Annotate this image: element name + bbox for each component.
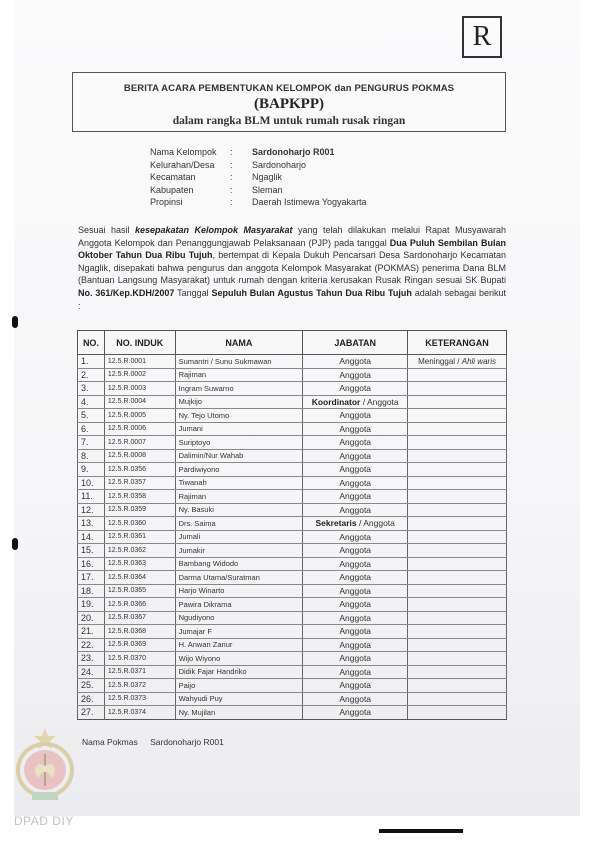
- jabatan-text: Anggota: [339, 370, 371, 380]
- cell-no-induk: 12.5.R.0361: [104, 530, 175, 544]
- jabatan-text: Anggota: [339, 532, 371, 542]
- cell-keterangan: [408, 436, 507, 450]
- table-row: 10.12.5.R.0357TiwanahAnggota: [78, 476, 507, 490]
- info-row: Kelurahan/Desa:Sardonoharjo: [150, 159, 367, 172]
- cell-jabatan: Anggota: [303, 368, 408, 382]
- table-row: 20.12.5.R.0367NgudiyonoAnggota: [78, 611, 507, 625]
- info-colon: :: [230, 159, 252, 172]
- cell-keterangan: [408, 409, 507, 423]
- cell-no: 2.: [78, 368, 105, 382]
- cell-keterangan: [408, 476, 507, 490]
- info-value: Sleman: [252, 184, 283, 197]
- cell-no-induk: 12.5.R.0357: [104, 476, 175, 490]
- info-value: Ngaglik: [252, 171, 282, 184]
- cell-no: 9.: [78, 463, 105, 477]
- cell-keterangan: [408, 679, 507, 693]
- info-label: Propinsi: [150, 196, 230, 209]
- table-row: 11.12.5.R.0358RajimanAnggota: [78, 490, 507, 504]
- jabatan-text: Anggota: [339, 707, 371, 717]
- table-row: 14.12.5.R.0361JumaliAnggota: [78, 530, 507, 544]
- cell-no-induk: 12.5.R.0363: [104, 557, 175, 571]
- cell-no-induk: 12.5.R.0366: [104, 598, 175, 612]
- cell-keterangan: [408, 449, 507, 463]
- cell-no-induk: 12.5.R.0359: [104, 503, 175, 517]
- jabatan-text: Anggota: [339, 586, 371, 596]
- jabatan-text: / Anggota: [360, 397, 398, 407]
- keterangan-italic: Ahli waris: [462, 357, 496, 366]
- cell-no: 20.: [78, 611, 105, 625]
- cell-jabatan: Anggota: [303, 355, 408, 369]
- table-row: 3.12.5.R.0003Ingram SuwarnoAnggota: [78, 382, 507, 396]
- cell-jabatan: Anggota: [303, 463, 408, 477]
- jabatan-role: Sekretaris: [315, 518, 356, 528]
- cell-keterangan: [408, 503, 507, 517]
- footer-pokmas: Nama Pokmas Sardonoharjo R001: [82, 737, 224, 747]
- cell-jabatan: Anggota: [303, 611, 408, 625]
- cell-jabatan: Anggota: [303, 382, 408, 396]
- table-row: 6.12.5.R.0006JumaniAnggota: [78, 422, 507, 436]
- cell-nama: Jumakir: [175, 544, 303, 558]
- paragraph-text: Sesuai hasil: [78, 225, 135, 235]
- document-subtitle: dalam rangka BLM untuk rumah rusak ringa…: [73, 115, 505, 127]
- table-row: 8.12.5.R.0008Dalimin/Nur WahabAnggota: [78, 449, 507, 463]
- cell-nama: Ingram Suwarno: [175, 382, 303, 396]
- info-value: Sardonoharjo: [252, 159, 306, 172]
- intro-paragraph: Sesuai hasil kesepakatan Kelompok Masyar…: [78, 224, 506, 312]
- jabatan-text: Anggota: [339, 613, 371, 623]
- cell-jabatan: Anggota: [303, 584, 408, 598]
- cell-no: 18.: [78, 584, 105, 598]
- cell-keterangan: [408, 638, 507, 652]
- cell-no: 19.: [78, 598, 105, 612]
- cell-nama: H. Anwan Zanur: [175, 638, 303, 652]
- province-emblem-watermark: [14, 726, 76, 804]
- cell-nama: Wijo Wiyono: [175, 652, 303, 666]
- cell-jabatan: Anggota: [303, 490, 408, 504]
- jabatan-text: Anggota: [339, 356, 371, 366]
- cell-keterangan: [408, 665, 507, 679]
- paragraph-emphasis: kesepakatan Kelompok Masyarakat: [135, 225, 293, 235]
- cell-no: 12.: [78, 503, 105, 517]
- watermark-text: DPAD DIY: [14, 814, 74, 828]
- keterangan-text: Meninggal /: [418, 357, 462, 366]
- cell-nama: Ny. Basuki: [175, 503, 303, 517]
- cell-no-induk: 12.5.R.0364: [104, 571, 175, 585]
- cell-nama: Darma Utama/Suratman: [175, 571, 303, 585]
- cell-nama: Sumantri / Sunu Sukmawan: [175, 355, 303, 369]
- cell-nama: Pawira Dikrama: [175, 598, 303, 612]
- cell-no-induk: 12.5.R.0002: [104, 368, 175, 382]
- jabatan-text: Anggota: [339, 680, 371, 690]
- cell-no-induk: 12.5.R.0368: [104, 625, 175, 639]
- cell-jabatan: Anggota: [303, 436, 408, 450]
- cell-no-induk: 12.5.R.0001: [104, 355, 175, 369]
- cell-no-induk: 12.5.R.0006: [104, 422, 175, 436]
- cell-jabatan: Anggota: [303, 557, 408, 571]
- cell-no-induk: 12.5.R.0370: [104, 652, 175, 666]
- title-box: BERITA ACARA PEMBENTUKAN KELOMPOK dan PE…: [72, 72, 506, 132]
- cell-no-induk: 12.5.R.0005: [104, 409, 175, 423]
- jabatan-text: Anggota: [339, 451, 371, 461]
- info-row: Kabupaten:Sleman: [150, 184, 367, 197]
- cell-no: 5.: [78, 409, 105, 423]
- header-no: NO.: [78, 331, 105, 355]
- cell-keterangan: [408, 557, 507, 571]
- decree-date: Sepuluh Bulan Agustus Tahun Dua Ribu Tuj…: [211, 288, 411, 298]
- cell-no: 13.: [78, 517, 105, 531]
- table-row: 27.12.5.R.0374Ny. MujilanAnggota: [78, 706, 507, 720]
- jabatan-text: Anggota: [339, 626, 371, 636]
- table-row: 25.12.5.R.0372PaijoAnggota: [78, 679, 507, 693]
- cell-nama: Suriptoyo: [175, 436, 303, 450]
- cell-no: 1.: [78, 355, 105, 369]
- cell-no: 3.: [78, 382, 105, 396]
- cell-keterangan: [408, 692, 507, 706]
- cell-jabatan: Anggota: [303, 503, 408, 517]
- info-label: Kelurahan/Desa: [150, 159, 230, 172]
- cell-keterangan: [408, 463, 507, 477]
- cell-no-induk: 12.5.R.0007: [104, 436, 175, 450]
- cell-jabatan: Koordinator / Anggota: [303, 395, 408, 409]
- jabatan-text: Anggota: [339, 437, 371, 447]
- info-label: Kabupaten: [150, 184, 230, 197]
- cell-jabatan: Anggota: [303, 625, 408, 639]
- cell-no: 17.: [78, 571, 105, 585]
- info-label: Nama Kelompok: [150, 146, 230, 159]
- cell-no-induk: 12.5.R.0369: [104, 638, 175, 652]
- footer-value: Sardonoharjo R001: [150, 737, 224, 747]
- group-info: Nama Kelompok:Sardonoharjo R001Kelurahan…: [150, 146, 367, 209]
- cell-nama: Tiwanah: [175, 476, 303, 490]
- cell-nama: Wahyudi Puy: [175, 692, 303, 706]
- cell-no-induk: 12.5.R.0372: [104, 679, 175, 693]
- cell-keterangan: [408, 490, 507, 504]
- table-row: 16.12.5.R.0363Bambang WidodoAnggota: [78, 557, 507, 571]
- cell-keterangan: [408, 625, 507, 639]
- cell-nama: Pardiwiyono: [175, 463, 303, 477]
- info-colon: :: [230, 196, 252, 209]
- cell-jabatan: Anggota: [303, 638, 408, 652]
- cell-no-induk: 12.5.R.0008: [104, 449, 175, 463]
- info-colon: :: [230, 184, 252, 197]
- table-row: 17.12.5.R.0364Darma Utama/SuratmanAnggot…: [78, 571, 507, 585]
- jabatan-text: Anggota: [339, 478, 371, 488]
- jabatan-text: Anggota: [339, 667, 371, 677]
- cell-no-induk: 12.5.R.0367: [104, 611, 175, 625]
- jabatan-role: Koordinator: [312, 397, 361, 407]
- cell-no: 11.: [78, 490, 105, 504]
- table-row: 1.12.5.R.0001Sumantri / Sunu SukmawanAng…: [78, 355, 507, 369]
- cell-no-induk: 12.5.R.0358: [104, 490, 175, 504]
- cell-jabatan: Anggota: [303, 530, 408, 544]
- jabatan-text: Anggota: [339, 640, 371, 650]
- info-colon: :: [230, 146, 252, 159]
- table-row: 18.12.5.R.0365Harjo WinartoAnggota: [78, 584, 507, 598]
- cell-no: 16.: [78, 557, 105, 571]
- cell-no: 22.: [78, 638, 105, 652]
- cell-nama: Bambang Widodo: [175, 557, 303, 571]
- cell-no-induk: 12.5.R.0004: [104, 395, 175, 409]
- table-row: 12.12.5.R.0359Ny. BasukiAnggota: [78, 503, 507, 517]
- cell-no: 4.: [78, 395, 105, 409]
- cell-jabatan: Anggota: [303, 571, 408, 585]
- cell-keterangan: [408, 368, 507, 382]
- cell-no-induk: 12.5.R.0373: [104, 692, 175, 706]
- cell-no-induk: 12.5.R.0365: [104, 584, 175, 598]
- header-no-induk: NO. INDUK: [104, 331, 175, 355]
- cell-nama: Dalimin/Nur Wahab: [175, 449, 303, 463]
- cell-keterangan: [408, 382, 507, 396]
- cell-no: 24.: [78, 665, 105, 679]
- table-row: 13.12.5.R.0360Drs. SaimaSekretaris / Ang…: [78, 517, 507, 531]
- jabatan-text: Anggota: [339, 464, 371, 474]
- cell-jabatan: Anggota: [303, 544, 408, 558]
- cell-no-induk: 12.5.R.0374: [104, 706, 175, 720]
- table-row: 22.12.5.R.0369H. Anwan ZanurAnggota: [78, 638, 507, 652]
- paragraph-text: Tanggal: [174, 288, 211, 298]
- cell-keterangan: [408, 598, 507, 612]
- cell-keterangan: [408, 584, 507, 598]
- cell-no: 26.: [78, 692, 105, 706]
- jabatan-text: Anggota: [339, 545, 371, 555]
- cell-keterangan: [408, 422, 507, 436]
- info-value: Sardonoharjo R001: [252, 146, 335, 159]
- info-value: Daerah Istimewa Yogyakarta: [252, 196, 367, 209]
- cell-keterangan: [408, 544, 507, 558]
- cell-no: 7.: [78, 436, 105, 450]
- cell-no-induk: 12.5.R.0003: [104, 382, 175, 396]
- jabatan-text: Anggota: [339, 653, 371, 663]
- cell-keterangan: [408, 395, 507, 409]
- cell-no: 25.: [78, 679, 105, 693]
- info-colon: :: [230, 171, 252, 184]
- table-row: 23.12.5.R.0370Wijo WiyonoAnggota: [78, 652, 507, 666]
- cell-no: 6.: [78, 422, 105, 436]
- cell-jabatan: Anggota: [303, 692, 408, 706]
- info-label: Kecamatan: [150, 171, 230, 184]
- document-code-box: R: [462, 16, 502, 58]
- table-header-row: NO. NO. INDUK NAMA JABATAN KETERANGAN: [78, 331, 507, 355]
- cell-nama: Mujkijo: [175, 395, 303, 409]
- cell-no: 8.: [78, 449, 105, 463]
- cell-no-induk: 12.5.R.0362: [104, 544, 175, 558]
- cell-no-induk: 12.5.R.0360: [104, 517, 175, 531]
- punch-hole: [12, 316, 18, 328]
- cell-nama: Rajiman: [175, 368, 303, 382]
- table-row: 21.12.5.R.0368Jumajar FAnggota: [78, 625, 507, 639]
- cell-jabatan: Anggota: [303, 665, 408, 679]
- header-keterangan: KETERANGAN: [408, 331, 507, 355]
- header-jabatan: JABATAN: [303, 331, 408, 355]
- cell-no: 21.: [78, 625, 105, 639]
- page-indicator-bar: [379, 829, 463, 833]
- header-nama: NAMA: [175, 331, 303, 355]
- cell-nama: Drs. Saima: [175, 517, 303, 531]
- jabatan-text: Anggota: [339, 505, 371, 515]
- cell-jabatan: Anggota: [303, 476, 408, 490]
- cell-keterangan: [408, 530, 507, 544]
- table-row: 5.12.5.R.0005Ny. Tejo UtomoAnggota: [78, 409, 507, 423]
- table-row: 9.12.5.R.0356PardiwiyonoAnggota: [78, 463, 507, 477]
- cell-no: 10.: [78, 476, 105, 490]
- table-row: 15.12.5.R.0362JumakirAnggota: [78, 544, 507, 558]
- table-row: 24.12.5.R.0371Didik Fajar HandrikoAnggot…: [78, 665, 507, 679]
- cell-keterangan: [408, 652, 507, 666]
- document-code-letter: R: [473, 21, 492, 53]
- footer-label: Nama Pokmas: [82, 737, 138, 747]
- jabatan-text: Anggota: [339, 694, 371, 704]
- table-row: 19.12.5.R.0366Pawira DikramaAnggota: [78, 598, 507, 612]
- cell-keterangan: [408, 517, 507, 531]
- cell-jabatan: Anggota: [303, 598, 408, 612]
- document-title: BERITA ACARA PEMBENTUKAN KELOMPOK dan PE…: [73, 83, 505, 94]
- cell-jabatan: Anggota: [303, 449, 408, 463]
- cell-keterangan: Meninggal / Ahli waris: [408, 355, 507, 369]
- cell-no-induk: 12.5.R.0356: [104, 463, 175, 477]
- jabatan-text: Anggota: [339, 572, 371, 582]
- cell-jabatan: Sekretaris / Anggota: [303, 517, 408, 531]
- cell-jabatan: Anggota: [303, 409, 408, 423]
- cell-jabatan: Anggota: [303, 652, 408, 666]
- cell-nama: Harjo Winarto: [175, 584, 303, 598]
- jabatan-text: Anggota: [339, 410, 371, 420]
- jabatan-text: Anggota: [339, 424, 371, 434]
- table-row: 26.12.5.R.0373Wahyudi PuyAnggota: [78, 692, 507, 706]
- cell-nama: Ny. Tejo Utomo: [175, 409, 303, 423]
- cell-jabatan: Anggota: [303, 422, 408, 436]
- cell-nama: Jumajar F: [175, 625, 303, 639]
- cell-no: 14.: [78, 530, 105, 544]
- table-row: 2.12.5.R.0002RajimanAnggota: [78, 368, 507, 382]
- table-row: 7.12.5.R.0007SuriptoyoAnggota: [78, 436, 507, 450]
- decree-number: No. 361/Kep.KDH/2007: [78, 288, 174, 298]
- info-row: Propinsi:Daerah Istimewa Yogyakarta: [150, 196, 367, 209]
- cell-no-induk: 12.5.R.0371: [104, 665, 175, 679]
- cell-no: 15.: [78, 544, 105, 558]
- info-row: Nama Kelompok:Sardonoharjo R001: [150, 146, 367, 159]
- info-row: Kecamatan:Ngaglik: [150, 171, 367, 184]
- members-table: NO. NO. INDUK NAMA JABATAN KETERANGAN 1.…: [77, 330, 507, 720]
- jabatan-text: Anggota: [339, 559, 371, 569]
- cell-keterangan: [408, 611, 507, 625]
- cell-jabatan: Anggota: [303, 706, 408, 720]
- jabatan-text: / Anggota: [357, 518, 395, 528]
- cell-keterangan: [408, 706, 507, 720]
- cell-nama: Ny. Mujilan: [175, 706, 303, 720]
- jabatan-text: Anggota: [339, 491, 371, 501]
- table-row: 4.12.5.R.0004MujkijoKoordinator / Anggot…: [78, 395, 507, 409]
- cell-no: 23.: [78, 652, 105, 666]
- cell-nama: Jumani: [175, 422, 303, 436]
- cell-jabatan: Anggota: [303, 679, 408, 693]
- punch-hole: [12, 538, 18, 550]
- document-abbreviation: (BAPKPP): [73, 96, 505, 113]
- cell-keterangan: [408, 571, 507, 585]
- cell-nama: Didik Fajar Handriko: [175, 665, 303, 679]
- cell-nama: Paijo: [175, 679, 303, 693]
- cell-nama: Jumali: [175, 530, 303, 544]
- jabatan-text: Anggota: [339, 383, 371, 393]
- jabatan-text: Anggota: [339, 599, 371, 609]
- cell-no: 27.: [78, 706, 105, 720]
- cell-nama: Ngudiyono: [175, 611, 303, 625]
- cell-nama: Rajiman: [175, 490, 303, 504]
